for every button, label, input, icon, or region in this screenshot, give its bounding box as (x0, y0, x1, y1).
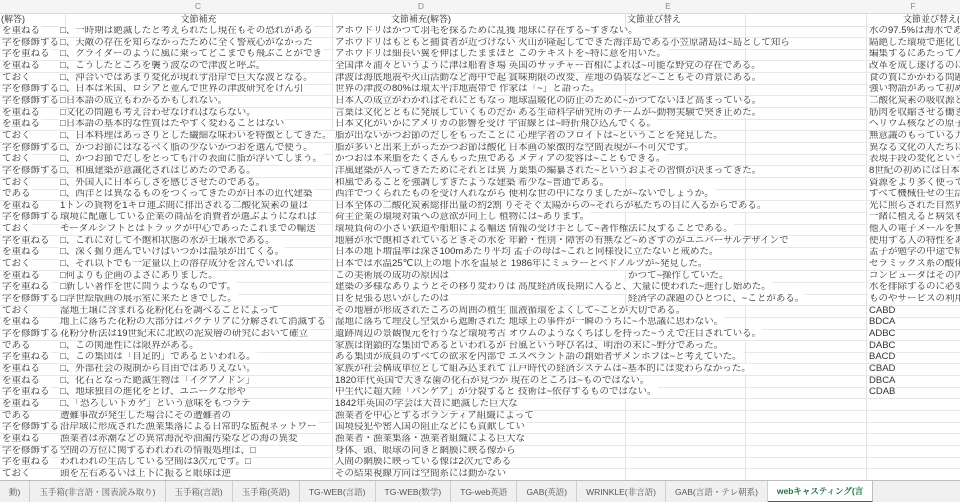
spreadsheet-window: C D E F (解答) 文節補充 文節補充(解答) 文節並び替え 文節並び替え… (0, 0, 960, 502)
cell-c[interactable]: □、こうしたところを襲う波なので津波と呼ぶ。 (59, 61, 266, 72)
cell-f[interactable]: 改革を成し遂げるのに欠かせないの (868, 61, 960, 72)
cell-f[interactable]: 表現手段の変化というにとどまらず思 (868, 154, 960, 165)
cell-d[interactable]: 環境負荷の小さい鉄道や船舶による輸送 情報の受け手として~著作権法に反することで… (334, 224, 734, 235)
cell-c[interactable]: □、日本料理はあっさりとした繊細な味わいを特徴としてきた。 (59, 131, 333, 142)
sheet-tab-tg-web-[interactable]: TG-WEB(言語) (300, 481, 376, 502)
cell-f[interactable]: セラミックス系の酸化物をヘリウムで (868, 259, 960, 270)
cell-c[interactable]: □日本語の基本的な性質はたやすく変わることはない (59, 119, 285, 130)
cell-b[interactable]: ておく (1, 131, 32, 142)
cell-c[interactable]: □、この集団は「自足的」であるといわれる。 (59, 352, 257, 363)
cell-f[interactable]: 水を排除するのに必要な下水道の整 (868, 282, 960, 293)
cell-f[interactable]: 一緒に植えると病気も虫も自然に減 (868, 212, 960, 223)
cell-f[interactable]: 資源をより多く使って作られるものや (868, 178, 960, 189)
cell-f[interactable]: 二酸化炭素の吸収源として森林の重 (868, 96, 960, 107)
cell-d[interactable]: 日本文化がいかにアメリカの影響を受け 宇宙線とは~時折飛び込んでくる。 (334, 119, 657, 130)
cell-b[interactable]: 字を重ねる (1, 282, 51, 293)
cell-b[interactable]: ておく (1, 73, 32, 84)
cell-c[interactable]: □、地球独自の進化をとげ、ユニークな形や (59, 387, 247, 398)
cell-d[interactable]: 家族が社会構成単位として組み込まれて 江戸時代の経済システムは~基本的には変わら… (334, 364, 752, 375)
cell-e[interactable]: かつて~操作していた。 (627, 271, 730, 282)
cell-b[interactable]: ておく (1, 178, 32, 189)
cell-c[interactable]: □、外部社会の規制から自由ではありえない。 (59, 364, 257, 375)
cell-f[interactable]: ものやサービスの利用をだれかに頼 (868, 294, 960, 305)
cell-b[interactable]: ておく (1, 224, 32, 235)
cell-c[interactable]: □、「恐ろしいトカゲ」という意味をもつラテ (59, 399, 252, 410)
cell-d[interactable]: 洋風建築が入ってきたためにそれとは異 万葉集の編纂された~というおよその習慣が決… (334, 166, 762, 177)
cell-c[interactable]: □、グライダーのように風に乗ってどこまでも飛ぶことができ (59, 49, 323, 60)
sheet-tab--[interactable]: 動) (0, 481, 30, 502)
cell-f[interactable]: 他人の電子メールを無断で転載した (868, 224, 960, 235)
cell-c[interactable]: □、西洋とは異なるものをつくってきたのが日本の近代建築 (59, 189, 314, 200)
cell-f[interactable]: すべて機械任せの生活では自らの五 (868, 189, 960, 200)
sheet-tab-bar: 動)玉手箱(非言語・図表読み取り)玉手箱(言語)玉手箱(英語)TG-WEB(言語… (0, 480, 960, 502)
cell-d[interactable]: アホウドリはもともと捕食者が近づけない 火山が隆起してできた海洋島である小笠原諸… (334, 38, 791, 49)
cell-c[interactable]: □、一時期は絶滅したと考えられたし現在もその恐れがある (59, 26, 314, 37)
column-letter-f[interactable]: F (910, 0, 915, 13)
cell-f[interactable]: BACD (868, 352, 896, 363)
cell-c[interactable]: □、これに対して不飽和状態の水が土壌水である。 (59, 236, 276, 247)
cell-b[interactable]: を重ねる (1, 271, 41, 282)
cell-b[interactable]: を重ねる (1, 317, 41, 328)
cell-c[interactable]: □、沖合いではあまり変化が現れず沿岸で巨大な波となる。 (59, 73, 314, 84)
cell-d[interactable]: その地層が形成されたころの周囲の植生 血液循環をよくして~ことが大切である。 (334, 306, 686, 317)
cell-f[interactable]: 隔絶した環境で進化した固有の生物 (868, 38, 960, 49)
column-letter-d[interactable]: D (418, 0, 424, 13)
cell-b[interactable]: を重ねる (1, 434, 41, 445)
cell-f[interactable]: 水の97.5%は海水であり人間が利用 (868, 26, 960, 37)
cell-f[interactable]: 編集するにあたって入門の段階で学 (868, 49, 960, 60)
header-cell-b[interactable]: (解答) (1, 14, 63, 25)
cell-c[interactable]: 遭難事故が発生した場合にその遭難者の (59, 411, 232, 422)
cell-b[interactable]: 字を修飾する (1, 422, 60, 433)
cell-c[interactable]: □何よりも企画のよさにありました。 (59, 271, 219, 282)
cell-d[interactable]: 世界の津波の80%は環太平洋地震帯で 作家は「~」と語った。 (334, 84, 601, 95)
cell-d[interactable]: 目を見張る思いがしたのは (334, 294, 450, 305)
cell-b[interactable]: 字を修飾する (1, 329, 60, 340)
cell-d[interactable]: 言葉は文化とともに発展していくものだか ある生命科学研究所のチームが~動物実験で… (334, 108, 762, 119)
header-cell-c[interactable]: 文節補充 (66, 14, 331, 25)
cell-f[interactable]: DABC (868, 341, 896, 352)
cell-b[interactable]: である (1, 341, 32, 352)
column-letter-e[interactable]: E (665, 0, 671, 13)
cell-d[interactable]: この美術展の成功の原因は (334, 271, 450, 282)
cell-f[interactable]: CABD (868, 306, 896, 317)
cell-b[interactable]: 字を修飾する (1, 166, 60, 177)
column-letter-strip: C D E F (0, 0, 960, 14)
sheet-tab-wrinkle-[interactable]: WRINKLE(非言語) (577, 481, 666, 502)
cell-f[interactable]: 光に照らされた自然界に色彩が作り (868, 201, 960, 212)
cell-c[interactable]: 沿岸域に形成された漁業集落による日常的な監視ネットワー (59, 422, 318, 433)
cell-c[interactable]: □、和風建築が意識化されはじめたのである。 (59, 166, 257, 177)
cell-b[interactable]: を重ねる (1, 399, 41, 410)
cell-f[interactable]: 孟子が勉学の中途で帰省したとき織 (868, 247, 960, 258)
cell-f[interactable]: 無意識のもっている力を発見したば (868, 131, 960, 142)
header-cell-d[interactable]: 文節補充(解答) (333, 14, 509, 25)
cell-d[interactable]: かつおは本来脂をたくさんもった魚である メディアの変容は~こともできる。 (334, 154, 666, 165)
cell-c[interactable]: 頭を左右あるいは上下に振ると眼球は逆 (59, 469, 232, 480)
sheet-tab-gab-[interactable]: GAB(言語・テレ朝系) (666, 481, 768, 502)
cell-c[interactable]: 1トンの貨物を1キロ運ぶ間に排出される二酸化炭素の量は (59, 201, 309, 212)
cell-f[interactable]: ヘリウム核などの原子核の流れで天 (868, 119, 960, 130)
sheet-tab-gab-[interactable]: GAB(英語) (517, 481, 577, 502)
cell-c[interactable]: モーダルシフトとはトラックが中心であったこれまでの輸送 (59, 224, 317, 235)
cell-c[interactable]: □、化石となった絶滅生物は「イグアノドン」 (59, 376, 256, 387)
cell-b[interactable]: 字を重ねる (1, 457, 51, 468)
cell-c[interactable]: 地上に落ちた花粉の大部分はバクテリアに分解されて消滅する (59, 317, 327, 328)
cell-c[interactable]: 花粉分析法は19世紀末に北欧の泥炭層の研究において確立 (59, 329, 309, 340)
cell-d[interactable]: 湿地に落ちて埋没し空気から遮断された 地球上の事件が一瞬のうちに~不思議に思わな… (334, 317, 724, 328)
cell-b[interactable]: 字を修飾する (1, 143, 60, 154)
cell-d[interactable]: 西洋でつくられたものを受け入れながら 便利な世の中になりましたが~ないでしょうか… (334, 189, 715, 200)
cell-c[interactable]: □、深く掘り進んでいけばいつかは温泉が出てくる。 (59, 247, 285, 258)
cell-c[interactable]: われわれの生活している空間は3次元です。□ (59, 457, 252, 468)
cell-b[interactable]: 字を重ねる (1, 387, 51, 398)
cell-c[interactable]: □、かつお節でだしをとっても汁の表面に脂が浮いてしまう。 (59, 154, 323, 165)
cell-d[interactable]: 人間の網膜に映っている像は2次元である (334, 457, 512, 468)
cell-b[interactable]: 字を修飾する (1, 294, 60, 305)
cell-d[interactable]: 和風であることを強調しすぎたような建築 希少な~普通である。 (334, 178, 610, 189)
cell-f[interactable]: 8世紀の初めには日本語のどの音を (868, 166, 960, 177)
cell-d[interactable]: 遺跡周辺の景観復元を行うなど環境考古 オウムのようなくちばしを持った~うえで注目… (334, 329, 762, 340)
sheet-tab--[interactable]: 玉手箱(言語) (166, 481, 233, 502)
cell-d[interactable]: 1820年代英国で大きな歯の化石が見つか 現在のところは~ものではない。 (334, 376, 650, 387)
cell-f[interactable]: 筋肉を収縮させる働きがあるタンパク (868, 108, 960, 119)
cell-c[interactable]: 漁業者は赤潮などの異常海況や油濁汚染などの海の異変 (59, 434, 299, 445)
cell-b[interactable]: を重ねる (1, 119, 41, 130)
cell-d[interactable]: 日本の地下増温率は深さ100mあたり平均 孟子の母は~これと同様役に立たないと戒… (334, 247, 719, 258)
sheet-tab--[interactable]: 玉手箱(英語) (233, 481, 300, 502)
cell-d[interactable]: 全国津々浦々というように津は船着き場 英国のサッチャー首相によれば~可能な野党の… (334, 61, 762, 72)
cell-f[interactable]: 異なる文化の人たちにも理解できる (868, 143, 960, 154)
cell-f[interactable]: ADBC (868, 329, 896, 340)
cell-c[interactable]: 湿地土壌に含まれる花粉化石を調べることによって (59, 306, 280, 317)
cell-b[interactable]: を重ねる (1, 201, 41, 212)
cell-d[interactable]: 日本全体の二酸化炭素総排出量の約2割 りそそぐ太陽からの~それらが私たちの目に入… (334, 201, 767, 212)
cell-c[interactable]: □、日本は米国、ロシアと並んで世界の津波研究をけん引 (59, 84, 304, 95)
cell-d[interactable]: 日本人の成立がわかればそれにともなっ 地球温暖化の防止のために~かつてないほど高… (334, 96, 762, 107)
header-cell-e[interactable]: 文節並び替え (627, 14, 744, 25)
cell-b[interactable]: 字を修飾する (1, 212, 60, 223)
cell-d[interactable]: 国境侵犯や密入国の阻止などにも貢献してい (334, 422, 526, 433)
header-cell-f[interactable]: 文節並び替え(解答) (903, 14, 959, 25)
cell-d[interactable]: 地層が水で飽和されているときその水を 年齢・性別・障害の有無など~めざすのがユニ… (334, 236, 790, 247)
cell-d[interactable]: その結果視線方向は空間系には動かない (334, 469, 507, 480)
cell-f[interactable]: BDCA (868, 317, 896, 328)
cell-e[interactable]: 経済学の課題のひとつに、~ことがある。 (627, 294, 805, 305)
cell-b[interactable]: を重ねる (1, 247, 41, 258)
cell-b[interactable]: 字を修飾する (1, 96, 60, 107)
cell-f[interactable]: CBAD (868, 364, 896, 375)
cell-b[interactable]: 字を重ねる (1, 49, 51, 60)
sheet-tab--[interactable]: 玉手箱(非言語・図表読み取り) (30, 481, 165, 502)
cell-c[interactable]: □、この関連性には限界がある。 (59, 341, 200, 352)
cell-b[interactable]: を重ねる (1, 108, 41, 119)
cell-b[interactable]: 字を重ねる (1, 236, 51, 247)
cell-b[interactable]: である (1, 189, 32, 200)
cell-c[interactable]: □、かつお節にはなるべく脂の少ないかつおを選んで使う。 (59, 143, 314, 154)
sheet-tab-tg-web-[interactable]: TG-web英語 (451, 481, 517, 502)
cell-d[interactable]: 脂が出ないかつお節のだしをもったことに 心理学者のフロイトは~ということを発見し… (334, 131, 724, 142)
cell-b[interactable]: を重ねる (1, 26, 41, 37)
cell-b[interactable]: を重ねる (1, 61, 41, 72)
cell-c[interactable]: □文化の問題も考え合わせなければならない。 (59, 108, 257, 119)
cell-b[interactable]: ておく (1, 469, 32, 480)
cell-b[interactable]: である (1, 411, 32, 422)
cell-d[interactable]: 漁業者を中心とするボランティア組織によって (334, 411, 535, 422)
cell-d[interactable]: 中生代に超大陸「パンゲア」が分裂すると 技術は~依存するものではない。 (334, 387, 658, 398)
cell-b[interactable]: 字を修飾する (1, 84, 60, 95)
cell-d[interactable]: アホウドリは細長い翼を伸ばしたままほと このテキストを~特に意を用いた。 (334, 49, 667, 60)
cell-d[interactable]: 身体、頭、眼球の向きと網膜に映る像から (334, 446, 517, 457)
cell-d[interactable]: 家族は閉鎖的な集団であるといわれるが 台風という呼び名は、明治の末に~野分であっ… (334, 341, 724, 352)
cell-f[interactable]: 使用する人の特性をあらかじめ頭に (868, 236, 960, 247)
cell-d[interactable]: 建築の多様なありようとその移り変わりは 高度経済成長期に入ると、大量に使われた~… (334, 282, 772, 293)
cell-d[interactable]: 日本では水温25℃以上の地下水を温泉と 1986年にミュラーとベドノルツが~発見… (334, 259, 708, 270)
cell-d[interactable]: 津波は海底地震や火山活動など海中で起 賞味期限の改変、産地の偽装など~こともその… (334, 73, 762, 84)
cell-b[interactable]: 字を修飾する (1, 38, 60, 49)
cell-b[interactable]: ておく (1, 154, 32, 165)
cell-f[interactable]: CDAB (868, 387, 896, 398)
cell-f[interactable]: 食の質にかかわる問題は自分の目 (868, 73, 960, 84)
cell-b[interactable]: ておく (1, 306, 32, 317)
cell-c[interactable]: □浮世絵版画の展示室に来たときでした。 (59, 294, 238, 305)
cell-c[interactable]: □、それ以下でも一定量以上の溶存成分を含んでいれば (59, 259, 295, 270)
cell-c[interactable]: □、外国人に日本らしさを感じさせたのである。 (59, 178, 266, 189)
cell-f[interactable]: 強い物語があって初めて人に伝わり (868, 84, 960, 95)
cell-b[interactable]: ておく (1, 259, 32, 270)
cell-c[interactable]: □日本語の成立もわかるかもしれない。 (59, 96, 228, 107)
sheet-tab-web-[interactable]: webキャスティング(言 (768, 481, 873, 502)
cell-c[interactable]: 空間の方位に関するわれわれの情報処理は、□ (59, 446, 257, 457)
cell-d[interactable]: 1842年英国の学会は大昔に絶滅した巨大な (334, 399, 519, 410)
cell-d[interactable]: 荷主企業の環境対策への意欲が向上し 植物には~あります。 (334, 212, 590, 223)
cell-b[interactable]: を重ねる (1, 364, 41, 375)
cell-d[interactable]: ある集団が成員のすべての欲求を内部で エスペラント語の創始者ザメンホフは~と考え… (334, 352, 743, 363)
cell-b[interactable]: 字を修飾する (1, 446, 60, 457)
cell-d[interactable]: アホウドリはかつて羽毛を採るために乱獲 地球に存在する~すぎない。 (334, 26, 639, 37)
sheet-tab-tg-web-[interactable]: TG-WEB(数学) (376, 481, 452, 502)
cell-c[interactable]: □、天敵の存在を知らなかったために全く警戒心がなかった (59, 38, 314, 49)
cell-b[interactable]: を重ねる (1, 376, 41, 387)
cell-b[interactable]: 字を重ねる (1, 352, 51, 363)
cell-f[interactable]: コンピュータはその内部構造やソフト (868, 271, 960, 282)
cell-d[interactable]: 脂が多いと出来上がったかつお節は酸化 日本画の象徴的な空間表現が~不可欠です。 (334, 143, 695, 154)
cell-f[interactable]: DBCA (868, 376, 896, 387)
cell-d[interactable]: 漁業者・漁業集落・漁業者組織による巨大な (334, 434, 526, 445)
column-letter-c[interactable]: C (195, 0, 201, 13)
cell-c[interactable]: □新しい著作を世に問うようなものです。 (59, 282, 237, 293)
cell-c[interactable]: 環境に配慮している企業の商品を消費者が選ぶようになれば (59, 212, 318, 223)
